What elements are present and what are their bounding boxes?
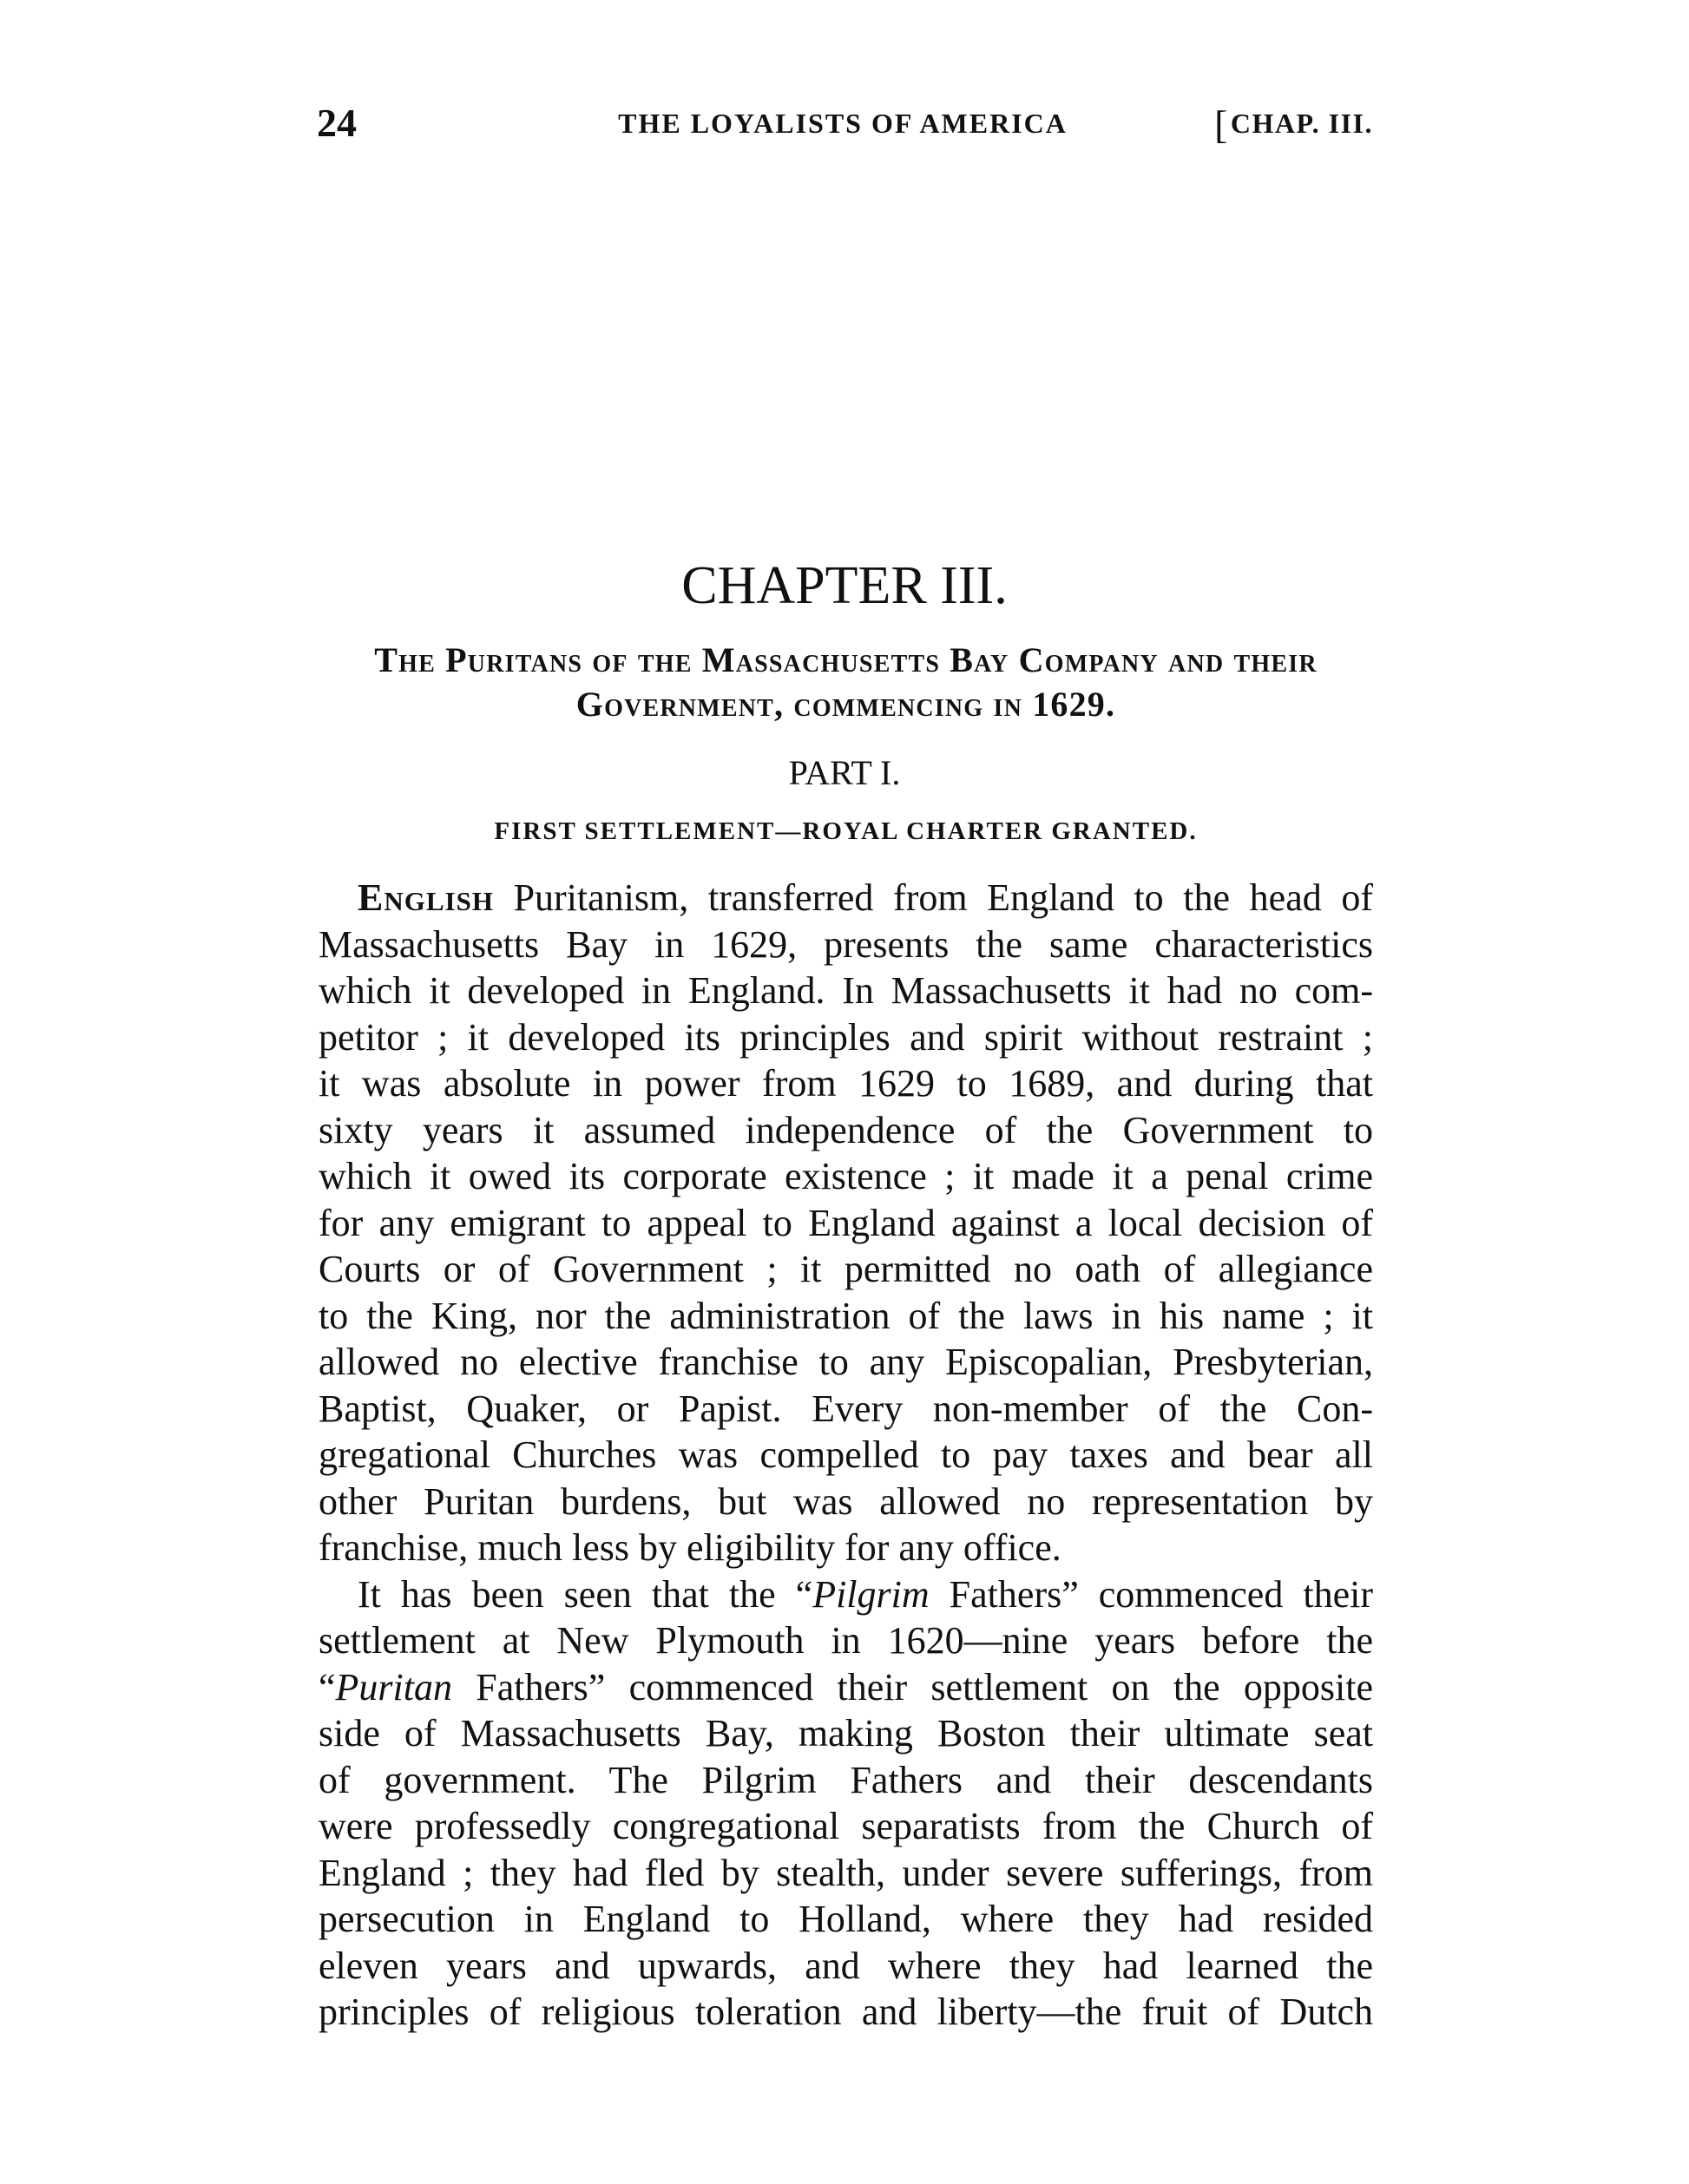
lead-word: English — [358, 876, 494, 919]
text-line: England ; they had fled by stealth, unde… — [319, 1850, 1373, 1897]
text-line: side of Massachusetts Bay, making Boston… — [319, 1710, 1373, 1757]
text-line: gregational Churches was compelled to pa… — [319, 1432, 1373, 1479]
chapter-title: CHAPTER III. — [0, 555, 1689, 616]
text-line: Massachusetts Bay in 1629, presents the … — [319, 921, 1373, 968]
subtitle-line: The Puritans of the Massachusetts Bay Co… — [319, 638, 1373, 682]
text-line: which it developed in England. In Massac… — [319, 967, 1373, 1014]
text-line: settlement at New Plymouth in 1620—nine … — [319, 1617, 1373, 1664]
text-line: Baptist, Quaker, or Papist. Every non-me… — [319, 1386, 1373, 1433]
body-text: English Puritanism, transferred from Eng… — [319, 875, 1373, 2036]
chapter-subtitle: The Puritans of the Massachusetts Bay Co… — [319, 638, 1373, 726]
text-line: other Puritan burdens, but was allowed n… — [319, 1479, 1373, 1525]
section-heading: FIRST SETTLEMENT—ROYAL CHARTER GRANTED. — [319, 814, 1373, 849]
book-title: THE LOYALISTS OF AMERICA — [612, 102, 1074, 144]
page-number: 24 — [317, 102, 357, 144]
text-line: principles of religious toleration and l… — [319, 1989, 1373, 2036]
text-line: persecution in England to Holland, where… — [319, 1896, 1373, 1943]
text-line: allowed no elective franchise to any Epi… — [319, 1339, 1373, 1386]
text-line: which it owed its corporate existence ; … — [319, 1153, 1373, 1200]
subtitle-line: Government, commencing in 1629. — [319, 682, 1373, 726]
text-line: It has been seen that the “Pilgrim Fathe… — [319, 1571, 1373, 1618]
chapter-reference-text: CHAP. III. — [1231, 108, 1373, 139]
text-line: Courts or of Government ; it permitted n… — [319, 1246, 1373, 1293]
text-line: franchise, much less by eligibility for … — [319, 1525, 1373, 1571]
text-line: to the King, nor the administration of t… — [319, 1293, 1373, 1340]
part-heading: PART I. — [0, 751, 1689, 795]
bracket-glyph: [ — [1214, 102, 1229, 147]
text-line: of government. The Pilgrim Fathers and t… — [319, 1757, 1373, 1804]
text-line: petitor ; it developed its principles an… — [319, 1014, 1373, 1061]
text-line: eleven years and upwards, and where they… — [319, 1943, 1373, 1990]
text-line: English Puritanism, transferred from Eng… — [319, 875, 1373, 921]
text-line: sixty years it assumed independence of t… — [319, 1107, 1373, 1154]
text-line: “Puritan Fathers” commenced their settle… — [319, 1664, 1373, 1711]
chapter-reference: [CHAP. III. — [1214, 102, 1373, 146]
text-line: were professedly congregational separati… — [319, 1803, 1373, 1850]
italic-term: Puritan — [336, 1666, 452, 1709]
text-line: for any emigrant to appeal to England ag… — [319, 1200, 1373, 1247]
running-header: 24 THE LOYALISTS OF AMERICA [CHAP. III. — [317, 102, 1373, 144]
text-line: it was absolute in power from 1629 to 16… — [319, 1060, 1373, 1107]
italic-term: Pilgrim — [812, 1573, 929, 1616]
